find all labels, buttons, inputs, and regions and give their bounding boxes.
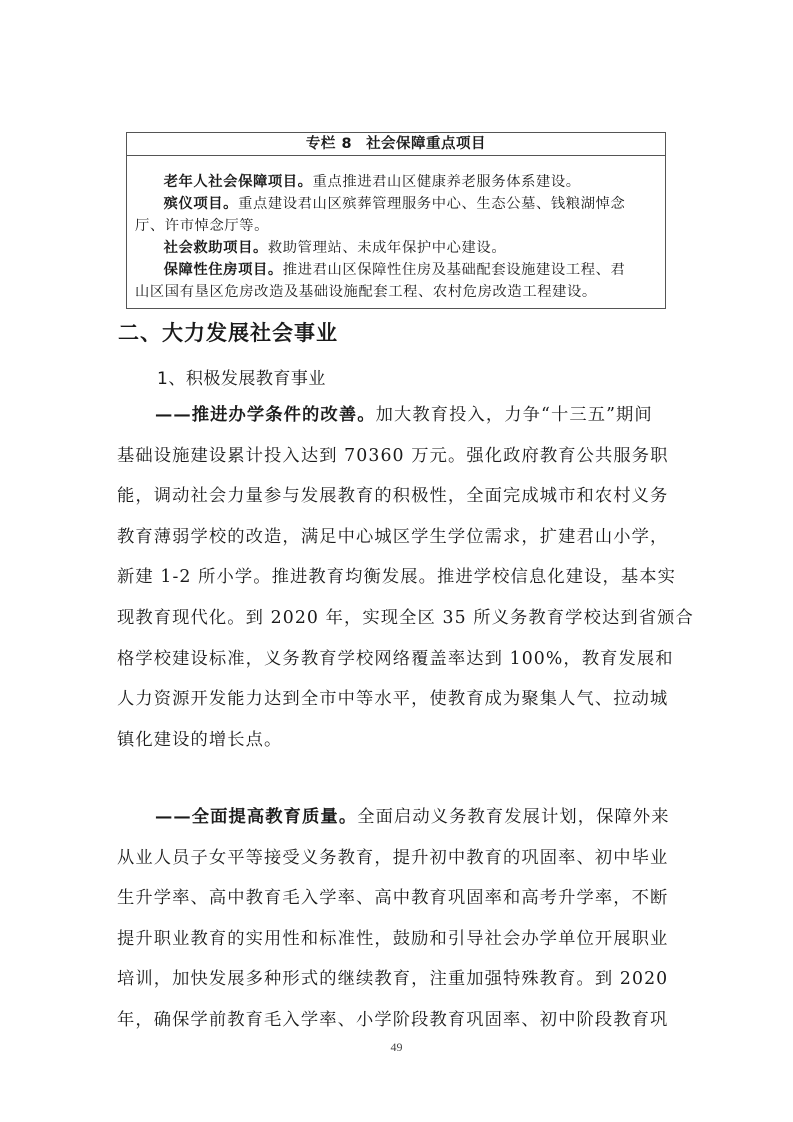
feature-item: 社会救助项目。救助管理站、未成年保护中心建设。 bbox=[135, 237, 657, 259]
paragraph-line: 人力资源开发能力达到全市中等水平，使教育成为聚集人气、拉动城 bbox=[117, 679, 685, 720]
feature-item-continuation: 厅、许市悼念厅等。 bbox=[135, 215, 657, 237]
feature-item: 保障性住房项目。推进君山区保障性住房及基础配套设施建设工程、君 bbox=[135, 259, 657, 281]
feature-item-text: 推进君山区保障性住房及基础配套设施建设工程、君 bbox=[283, 262, 626, 278]
paragraph-line: 培训，加快发展多种形式的继续教育，注重加强特殊教育。到 2020 bbox=[117, 959, 685, 1000]
paragraph-line: 格学校建设标准，义务教育学校网络覆盖率达到 100%，教育发展和 bbox=[117, 639, 685, 680]
feature-item-lead: 殡仪项目。 bbox=[164, 196, 238, 212]
feature-item-text: 救助管理站、未成年保护中心建设。 bbox=[268, 240, 506, 256]
paragraph-text: 全面启动义务教育发展计划，保障外来 bbox=[357, 807, 669, 827]
paragraph-line: 提升职业教育的实用性和标准性，鼓励和引导社会办学单位开展职业 bbox=[117, 919, 685, 960]
feature-item-lead: 社会救助项目。 bbox=[164, 240, 268, 256]
paragraph-lead: ——全面提高教育质量。 bbox=[155, 807, 357, 827]
paragraph-text: 加大教育投入，力争“十三五”期间 bbox=[376, 405, 653, 425]
page-number: 49 bbox=[0, 1040, 793, 1055]
feature-item-text: 山区国有垦区危房改造及基础设施配套工程、农村危房改造工程建设。 bbox=[135, 284, 597, 300]
paragraph-education-quality: ——全面提高教育质量。全面启动义务教育发展计划，保障外来 从业人员子女平等接受义… bbox=[117, 797, 685, 1041]
paragraph-line: 基础设施建设累计投入达到 70360 万元。强化政府教育公共服务职 bbox=[117, 436, 685, 477]
section-heading: 二、大力发展社会事业 bbox=[118, 318, 338, 348]
paragraph-line: 教育薄弱学校的改造，满足中心城区学生学位需求，扩建君山小学， bbox=[117, 517, 685, 558]
paragraph-line: 从业人员子女平等接受义务教育，提升初中教育的巩固率、初中毕业 bbox=[117, 838, 685, 879]
paragraph-line: 现教育现代化。到 2020 年，实现全区 35 所义务教育学校达到省颁合 bbox=[117, 598, 685, 639]
paragraph-line: 能，调动社会力量参与发展教育的积极性，全面完成城市和农村义务 bbox=[117, 476, 685, 517]
paragraph-line: 新建 1-2 所小学。推进教育均衡发展。推进学校信息化建设，基本实 bbox=[117, 557, 685, 598]
feature-box-body: 老年人社会保障项目。重点推进君山区健康养老服务体系建设。 殡仪项目。重点建设君山… bbox=[127, 156, 665, 303]
feature-item-continuation: 山区国有垦区危房改造及基础设施配套工程、农村危房改造工程建设。 bbox=[135, 281, 657, 303]
feature-item-text: 重点推进君山区健康养老服务体系建设。 bbox=[313, 174, 581, 190]
feature-item-text: 厅、许市悼念厅等。 bbox=[135, 218, 269, 234]
feature-item-lead: 老年人社会保障项目。 bbox=[164, 174, 313, 190]
feature-box-header: 专栏 8社会保障重点项目 bbox=[127, 133, 665, 156]
subsection-heading: 1、积极发展教育事业 bbox=[157, 366, 326, 392]
paragraph-line: 镇化建设的增长点。 bbox=[117, 720, 685, 761]
document-page: 专栏 8社会保障重点项目 老年人社会保障项目。重点推进君山区健康养老服务体系建设… bbox=[0, 0, 793, 1122]
feature-box-title: 社会保障重点项目 bbox=[366, 136, 486, 152]
feature-item: 老年人社会保障项目。重点推进君山区健康养老服务体系建设。 bbox=[135, 171, 657, 193]
paragraph-lead: ——推进办学条件的改善。 bbox=[155, 405, 376, 425]
feature-item: 殡仪项目。重点建设君山区殡葬管理服务中心、生态公墓、钱粮湖悼念 bbox=[135, 193, 657, 215]
paragraph-school-conditions: ——推进办学条件的改善。加大教育投入，力争“十三五”期间 基础设施建设累计投入达… bbox=[117, 395, 685, 760]
feature-item-text: 重点建设君山区殡葬管理服务中心、生态公墓、钱粮湖悼念 bbox=[238, 196, 625, 212]
paragraph-line: ——全面提高教育质量。全面启动义务教育发展计划，保障外来 bbox=[117, 797, 685, 838]
feature-item-lead: 保障性住房项目。 bbox=[164, 262, 283, 278]
feature-box: 专栏 8社会保障重点项目 老年人社会保障项目。重点推进君山区健康养老服务体系建设… bbox=[126, 132, 666, 309]
paragraph-line: 生升学率、高中教育毛入学率、高中教育巩固率和高考升学率，不断 bbox=[117, 878, 685, 919]
feature-box-label: 专栏 8 bbox=[306, 136, 352, 152]
paragraph-line: ——推进办学条件的改善。加大教育投入，力争“十三五”期间 bbox=[117, 395, 685, 436]
paragraph-line: 年，确保学前教育毛入学率、小学阶段教育巩固率、初中阶段教育巩 bbox=[117, 1000, 685, 1041]
